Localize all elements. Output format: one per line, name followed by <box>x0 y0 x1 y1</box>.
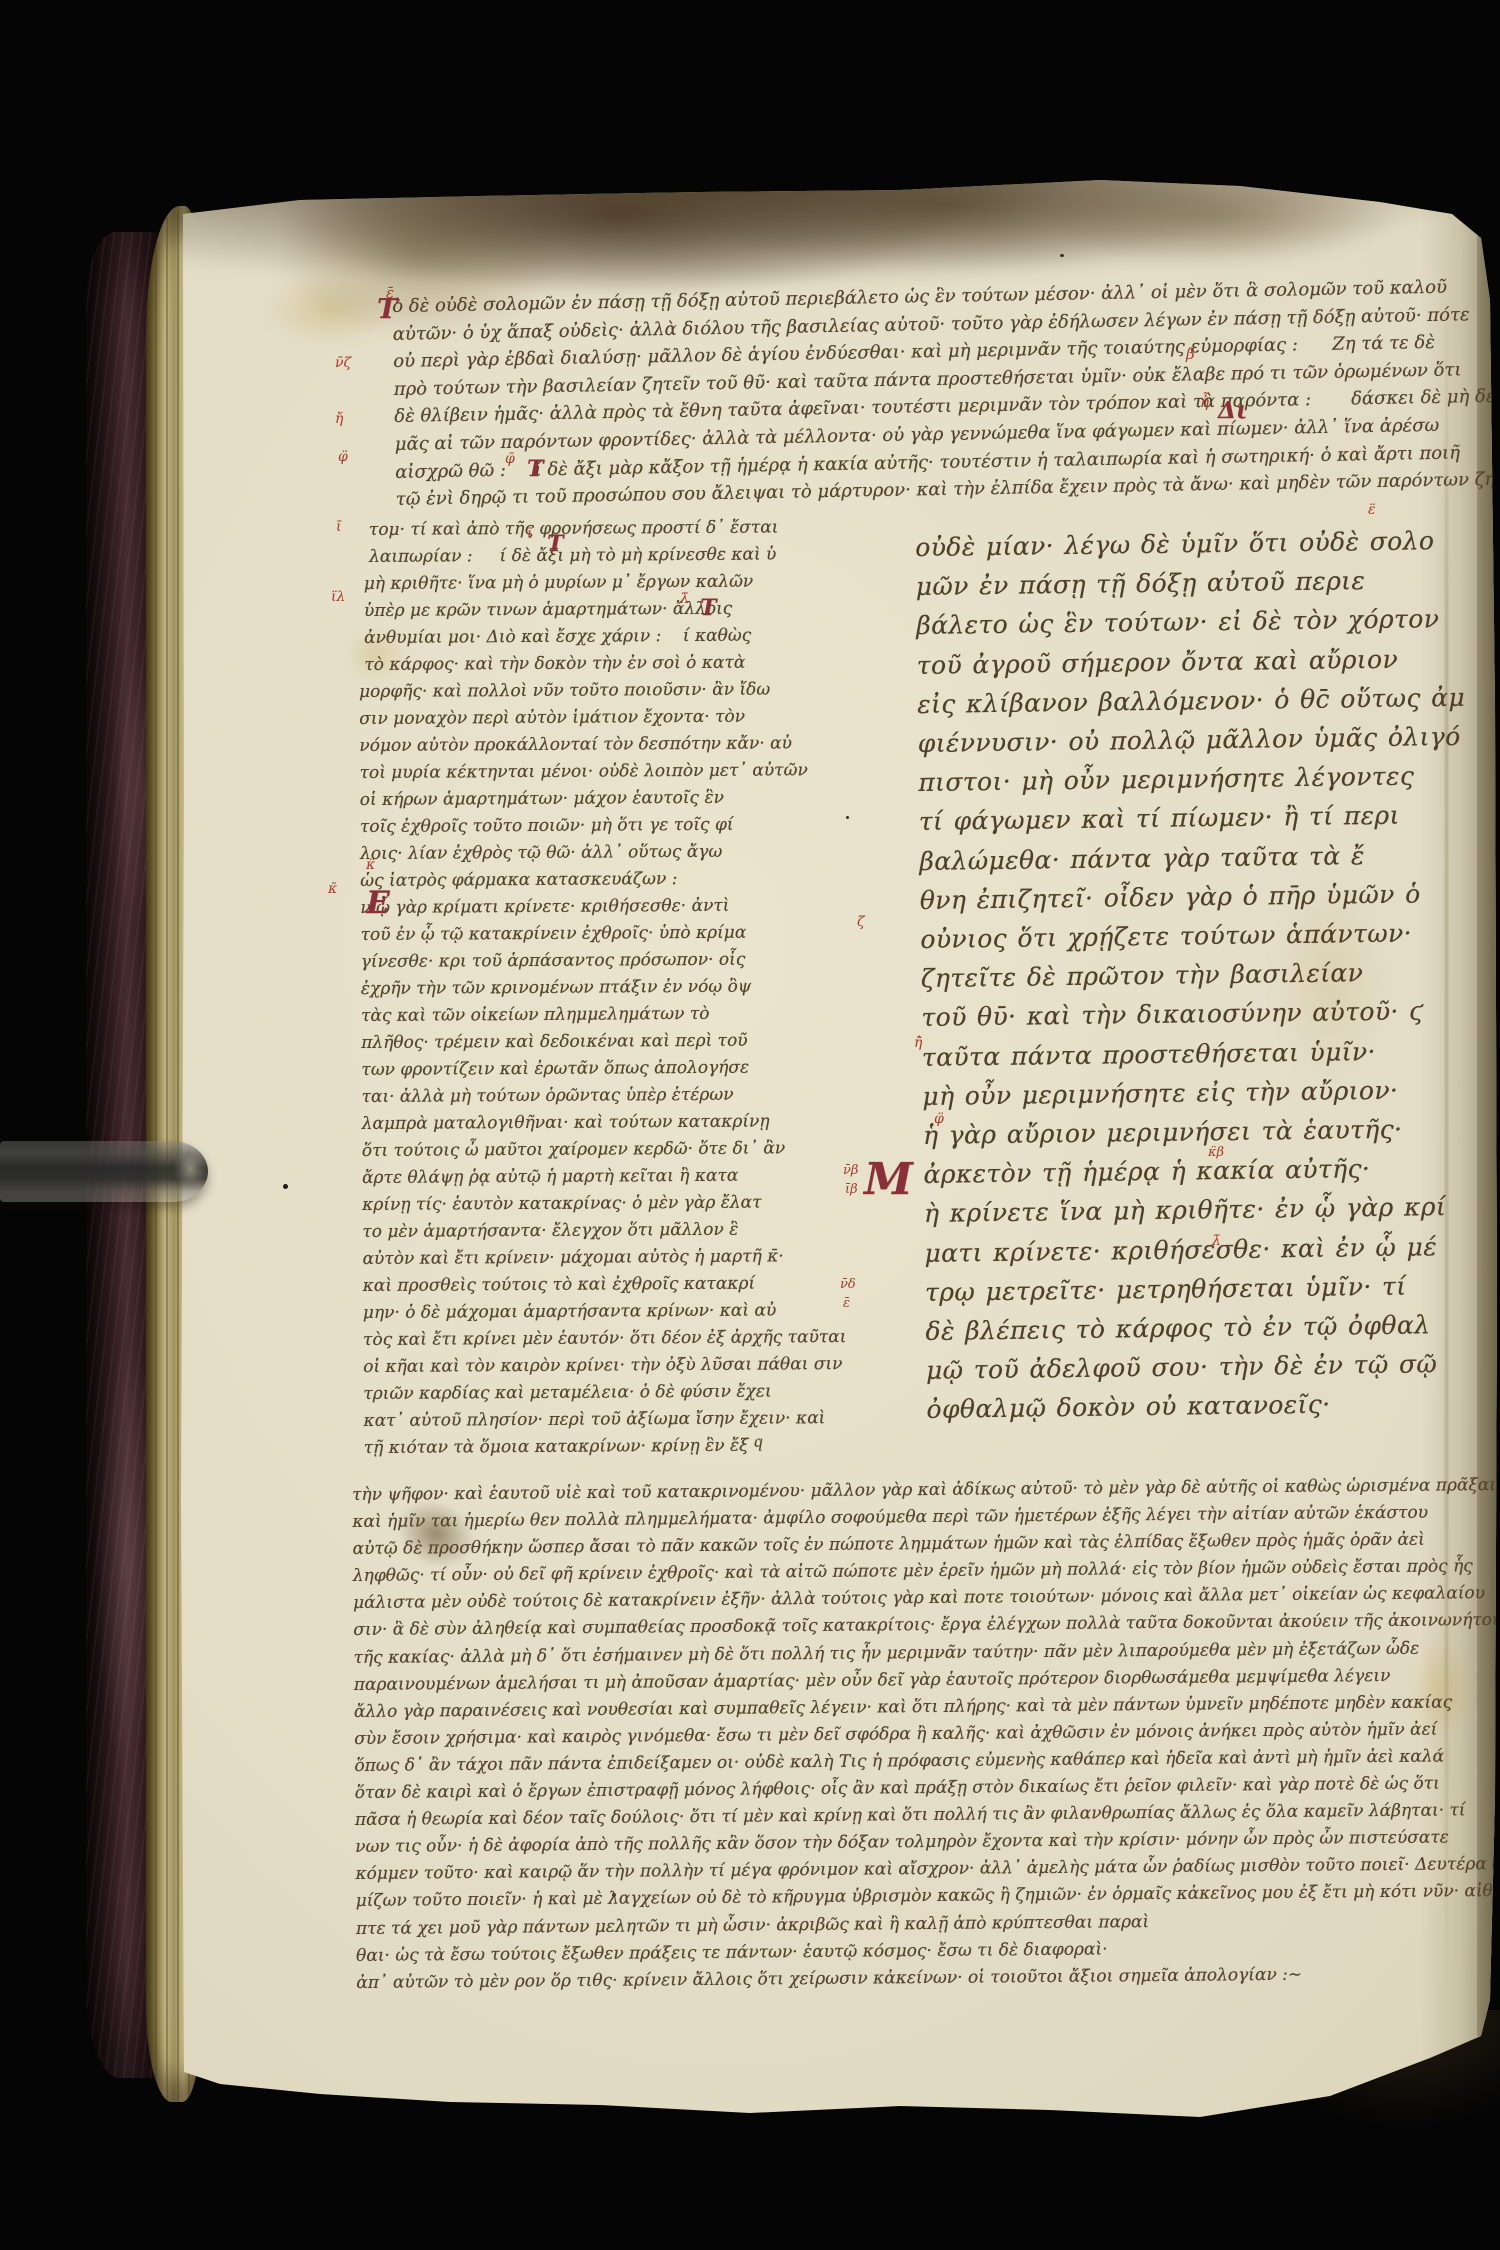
rubric-initial-tau: Τ <box>547 533 563 555</box>
commentary-top-block: ὸ δὲ οὐδὲ σολομῶν ἐν πάσῃ τῇ δόξῃ αὐτοῦ … <box>392 274 1458 514</box>
eusebian-number: κ̄ <box>328 882 337 896</box>
ink-speck <box>283 1184 288 1189</box>
gospel-text-column: οὐδὲ μίαν· λέγω δὲ ὑμῖν ὅτι οὐδὲ σολο μῶ… <box>915 521 1469 1430</box>
rubric-initial-tau: Τ <box>527 458 543 480</box>
kephalaion-number: φ̄ <box>505 452 515 466</box>
rubric-initial-tau: Τ <box>700 597 716 619</box>
fore-edge-leaves <box>1477 236 1498 2036</box>
kephalaion-number: λ̄ <box>1212 1234 1221 1248</box>
kephalaion-number: κ̈β <box>1208 1146 1224 1159</box>
kephalaion-number: ἦ <box>1200 395 1209 410</box>
eusebian-number: φ̈ <box>338 450 348 464</box>
commentary-left-column: τομ· τί καὶ ἀπὸ τῆς φρονήσεως προστί δ᾽ … <box>358 514 829 1462</box>
parchment-page: ὸ δὲ οὐδὲ σολομῶν ἐν πάσῃ τῇ δόξῃ αὐτοῦ … <box>0 0 1500 2250</box>
eusebian-number: ῑ <box>336 520 342 534</box>
kephalaion-number: ῑ <box>527 527 533 541</box>
kephalaion-number: λ̄ <box>680 592 689 606</box>
manuscript-photograph: ὸ δὲ οὐδὲ σολομῶν ἐν πάσῃ τῇ δόξῃ αὐτοῦ … <box>0 0 1500 2250</box>
eusebian-section: ν̄δ <box>840 1278 856 1291</box>
eusebian-number: ἤ <box>335 412 343 426</box>
rubric-initial-delta: Δι <box>1218 399 1247 422</box>
kephalaion-number: ζ̄ <box>857 915 865 929</box>
commentary-bottom-block: τὴν ψῆφον· καὶ ἑαυτοῦ υἱὲ καὶ τοῦ κατακρ… <box>352 1472 1466 1996</box>
rubric-initial-epsilon: Ε <box>366 888 390 919</box>
eusebian-number: ν̄ζ <box>335 356 351 370</box>
kephalaion-number: κ̈ <box>366 858 375 872</box>
rubric-initial-tau: Τ <box>377 296 397 323</box>
ink-speck <box>846 816 849 819</box>
kephalaion-number: φ̈ <box>934 1112 944 1126</box>
kephalaion-number: ἠ̈ <box>914 1036 922 1050</box>
eusebian-canon: ῑβ <box>845 1183 858 1196</box>
rubric-initial-mu: Μ <box>864 1158 913 1202</box>
eusebian-canon: ε̄ <box>843 1297 850 1310</box>
glass-weight-rod <box>0 1141 208 1202</box>
kephalaion-number: ε̈ <box>1368 503 1376 517</box>
eusebian-section: ν̄β <box>843 1164 858 1177</box>
kephalaion-number: β̈ <box>1186 347 1195 362</box>
ink-speck <box>1060 254 1064 257</box>
glass-rod-tip <box>165 1148 207 1194</box>
eusebian-number: ϊλ <box>331 590 345 604</box>
